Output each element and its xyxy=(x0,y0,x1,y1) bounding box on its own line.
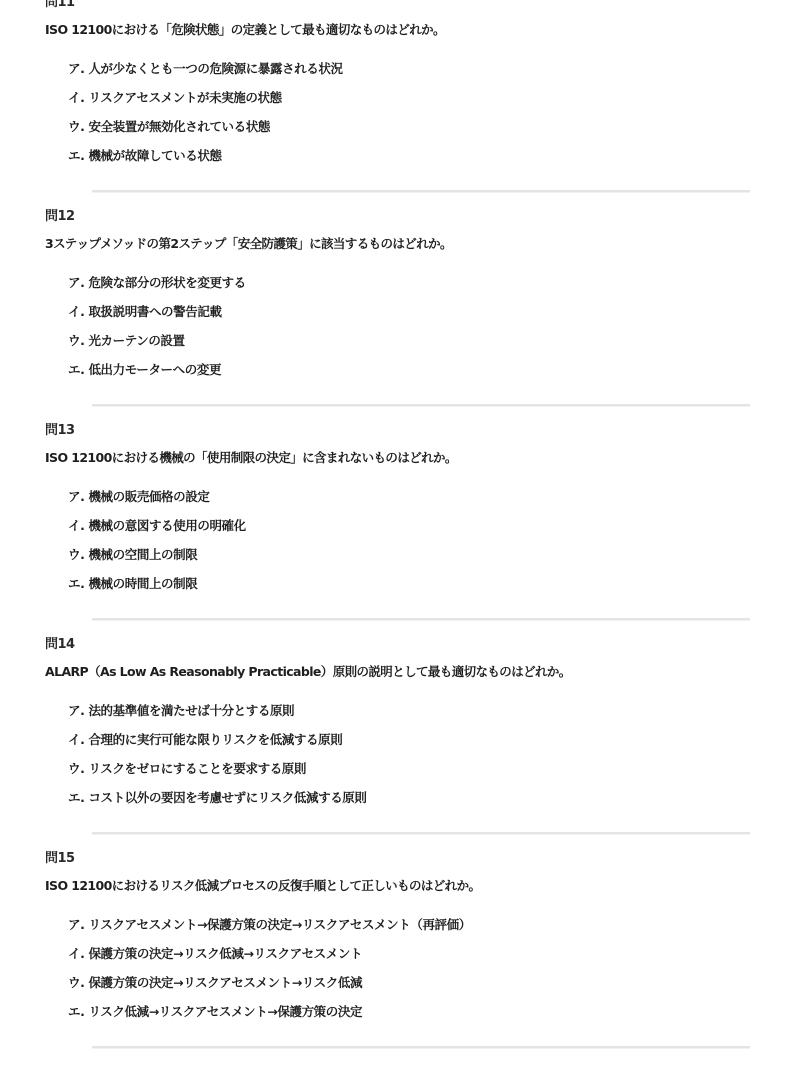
question-number: 問11 xyxy=(45,0,75,12)
section-divider xyxy=(92,404,750,407)
option-label: エ. xyxy=(68,361,84,379)
question-text: ISO 12100における機械の「使用制限の決定」に含まれないものはどれか。 xyxy=(45,449,457,467)
answer-option-i[interactable]: イ.合理的に実行可能な限りリスクを低減する原則 xyxy=(68,731,367,760)
answer-option-i[interactable]: イ.取扱説明書への警告記載 xyxy=(68,303,246,332)
answer-option-i[interactable]: イ.機械の意図する使用の明確化 xyxy=(68,517,246,546)
answer-option-i[interactable]: イ.リスクアセスメントが未実施の状態 xyxy=(68,89,343,118)
question-text: ISO 12100におけるリスク低減プロセスの反復手順として正しいものはどれか。 xyxy=(45,877,480,895)
option-label: ウ. xyxy=(68,332,84,350)
option-label: ウ. xyxy=(68,118,84,136)
option-label: イ. xyxy=(68,731,84,749)
answer-option-e[interactable]: エ.コスト以外の要因を考慮せずにリスク低減する原則 xyxy=(68,789,367,818)
option-label: イ. xyxy=(68,517,84,535)
section-divider xyxy=(92,190,750,193)
option-text: リスクアセスメント→保護方策の決定→リスクアセスメント（再評価） xyxy=(88,917,470,932)
option-text: 光カーテンの設置 xyxy=(88,333,184,348)
question-12: 問12 3ステップメソッドの第2ステップ「安全防護策」に該当するものはどれか。 … xyxy=(0,202,795,416)
question-number: 問13 xyxy=(45,422,75,440)
option-label: ア. xyxy=(68,702,84,720)
option-label: ア. xyxy=(68,488,84,506)
option-label: イ. xyxy=(68,303,84,321)
answer-option-e[interactable]: エ.リスク低減→リスクアセスメント→保護方策の決定 xyxy=(68,1003,471,1032)
question-number: 問15 xyxy=(45,850,75,868)
option-text: リスク低減→リスクアセスメント→保護方策の決定 xyxy=(88,1004,362,1019)
answer-options: ア.リスクアセスメント→保護方策の決定→リスクアセスメント（再評価） イ.保護方… xyxy=(68,916,471,1032)
answer-options: ア.機械の販売価格の設定 イ.機械の意図する使用の明確化 ウ.機械の空間上の制限… xyxy=(68,488,246,604)
quiz-document: 問11 ISO 12100における「危険状態」の定義として最も適切なものはどれか… xyxy=(0,0,795,1058)
section-divider xyxy=(92,1046,750,1049)
option-label: ア. xyxy=(68,60,84,78)
question-number: 問12 xyxy=(45,208,75,226)
answer-option-u[interactable]: ウ.機械の空間上の制限 xyxy=(68,546,246,575)
option-label: エ. xyxy=(68,575,84,593)
option-text: 機械の販売価格の設定 xyxy=(88,489,209,504)
option-label: ア. xyxy=(68,274,84,292)
question-text: ISO 12100における「危険状態」の定義として最も適切なものはどれか。 xyxy=(45,21,445,39)
answer-option-u[interactable]: ウ.リスクをゼロにすることを要求する原則 xyxy=(68,760,367,789)
option-text: リスクアセスメントが未実施の状態 xyxy=(88,90,281,105)
answer-option-e[interactable]: エ.低出力モーターへの変更 xyxy=(68,361,246,390)
option-text: 危険な部分の形状を変更する xyxy=(88,275,245,290)
option-text: 保護方策の決定→リスク低減→リスクアセスメント xyxy=(88,946,362,961)
option-label: エ. xyxy=(68,789,84,807)
option-text: 安全装置が無効化されている状態 xyxy=(88,119,270,134)
option-label: ウ. xyxy=(68,760,84,778)
answer-option-a[interactable]: ア.危険な部分の形状を変更する xyxy=(68,274,246,303)
option-text: 保護方策の決定→リスクアセスメント→リスク低減 xyxy=(88,975,362,990)
answer-option-u[interactable]: ウ.保護方策の決定→リスクアセスメント→リスク低減 xyxy=(68,974,471,1003)
option-label: ウ. xyxy=(68,974,84,992)
answer-options: ア.危険な部分の形状を変更する イ.取扱説明書への警告記載 ウ.光カーテンの設置… xyxy=(68,274,246,390)
answer-option-u[interactable]: ウ.安全装置が無効化されている状態 xyxy=(68,118,343,147)
option-label: エ. xyxy=(68,147,84,165)
answer-option-a[interactable]: ア.リスクアセスメント→保護方策の決定→リスクアセスメント（再評価） xyxy=(68,916,471,945)
answer-option-u[interactable]: ウ.光カーテンの設置 xyxy=(68,332,246,361)
option-text: 合理的に実行可能な限りリスクを低減する原則 xyxy=(88,732,342,747)
question-text: ALARP（As Low As Reasonably Practicable）原… xyxy=(45,663,571,681)
answer-option-e[interactable]: エ.機械の時間上の制限 xyxy=(68,575,246,604)
option-text: 機械の意図する使用の明確化 xyxy=(88,518,245,533)
question-text: 3ステップメソッドの第2ステップ「安全防護策」に該当するものはどれか。 xyxy=(45,235,452,253)
answer-options: ア.法的基準値を満たせば十分とする原則 イ.合理的に実行可能な限りリスクを低減す… xyxy=(68,702,367,818)
answer-option-a[interactable]: ア.機械の販売価格の設定 xyxy=(68,488,246,517)
option-label: エ. xyxy=(68,1003,84,1021)
section-divider xyxy=(92,618,750,621)
question-15: 問15 ISO 12100におけるリスク低減プロセスの反復手順として正しいものは… xyxy=(0,844,795,1058)
option-text: 低出力モーターへの変更 xyxy=(88,362,221,377)
answer-option-a[interactable]: ア.法的基準値を満たせば十分とする原則 xyxy=(68,702,367,731)
option-text: 取扱説明書への警告記載 xyxy=(88,304,221,319)
question-13: 問13 ISO 12100における機械の「使用制限の決定」に含まれないものはどれ… xyxy=(0,416,795,630)
option-text: リスクをゼロにすることを要求する原則 xyxy=(88,761,306,776)
option-text: 機械の空間上の制限 xyxy=(88,547,197,562)
answer-option-i[interactable]: イ.保護方策の決定→リスク低減→リスクアセスメント xyxy=(68,945,471,974)
section-divider xyxy=(92,832,750,835)
question-number: 問14 xyxy=(45,636,75,654)
option-text: コスト以外の要因を考慮せずにリスク低減する原則 xyxy=(88,790,366,805)
option-label: ア. xyxy=(68,916,84,934)
answer-options: ア.人が少なくとも一つの危険源に暴露される状況 イ.リスクアセスメントが未実施の… xyxy=(68,60,343,176)
option-label: イ. xyxy=(68,89,84,107)
option-text: 機械が故障している状態 xyxy=(88,148,221,163)
question-14: 問14 ALARP（As Low As Reasonably Practicab… xyxy=(0,630,795,844)
option-text: 人が少なくとも一つの危険源に暴露される状況 xyxy=(88,61,342,76)
option-text: 法的基準値を満たせば十分とする原則 xyxy=(88,703,294,718)
option-text: 機械の時間上の制限 xyxy=(88,576,197,591)
option-label: ウ. xyxy=(68,546,84,564)
question-11: 問11 ISO 12100における「危険状態」の定義として最も適切なものはどれか… xyxy=(0,0,795,202)
answer-option-e[interactable]: エ.機械が故障している状態 xyxy=(68,147,343,176)
option-label: イ. xyxy=(68,945,84,963)
answer-option-a[interactable]: ア.人が少なくとも一つの危険源に暴露される状況 xyxy=(68,60,343,89)
